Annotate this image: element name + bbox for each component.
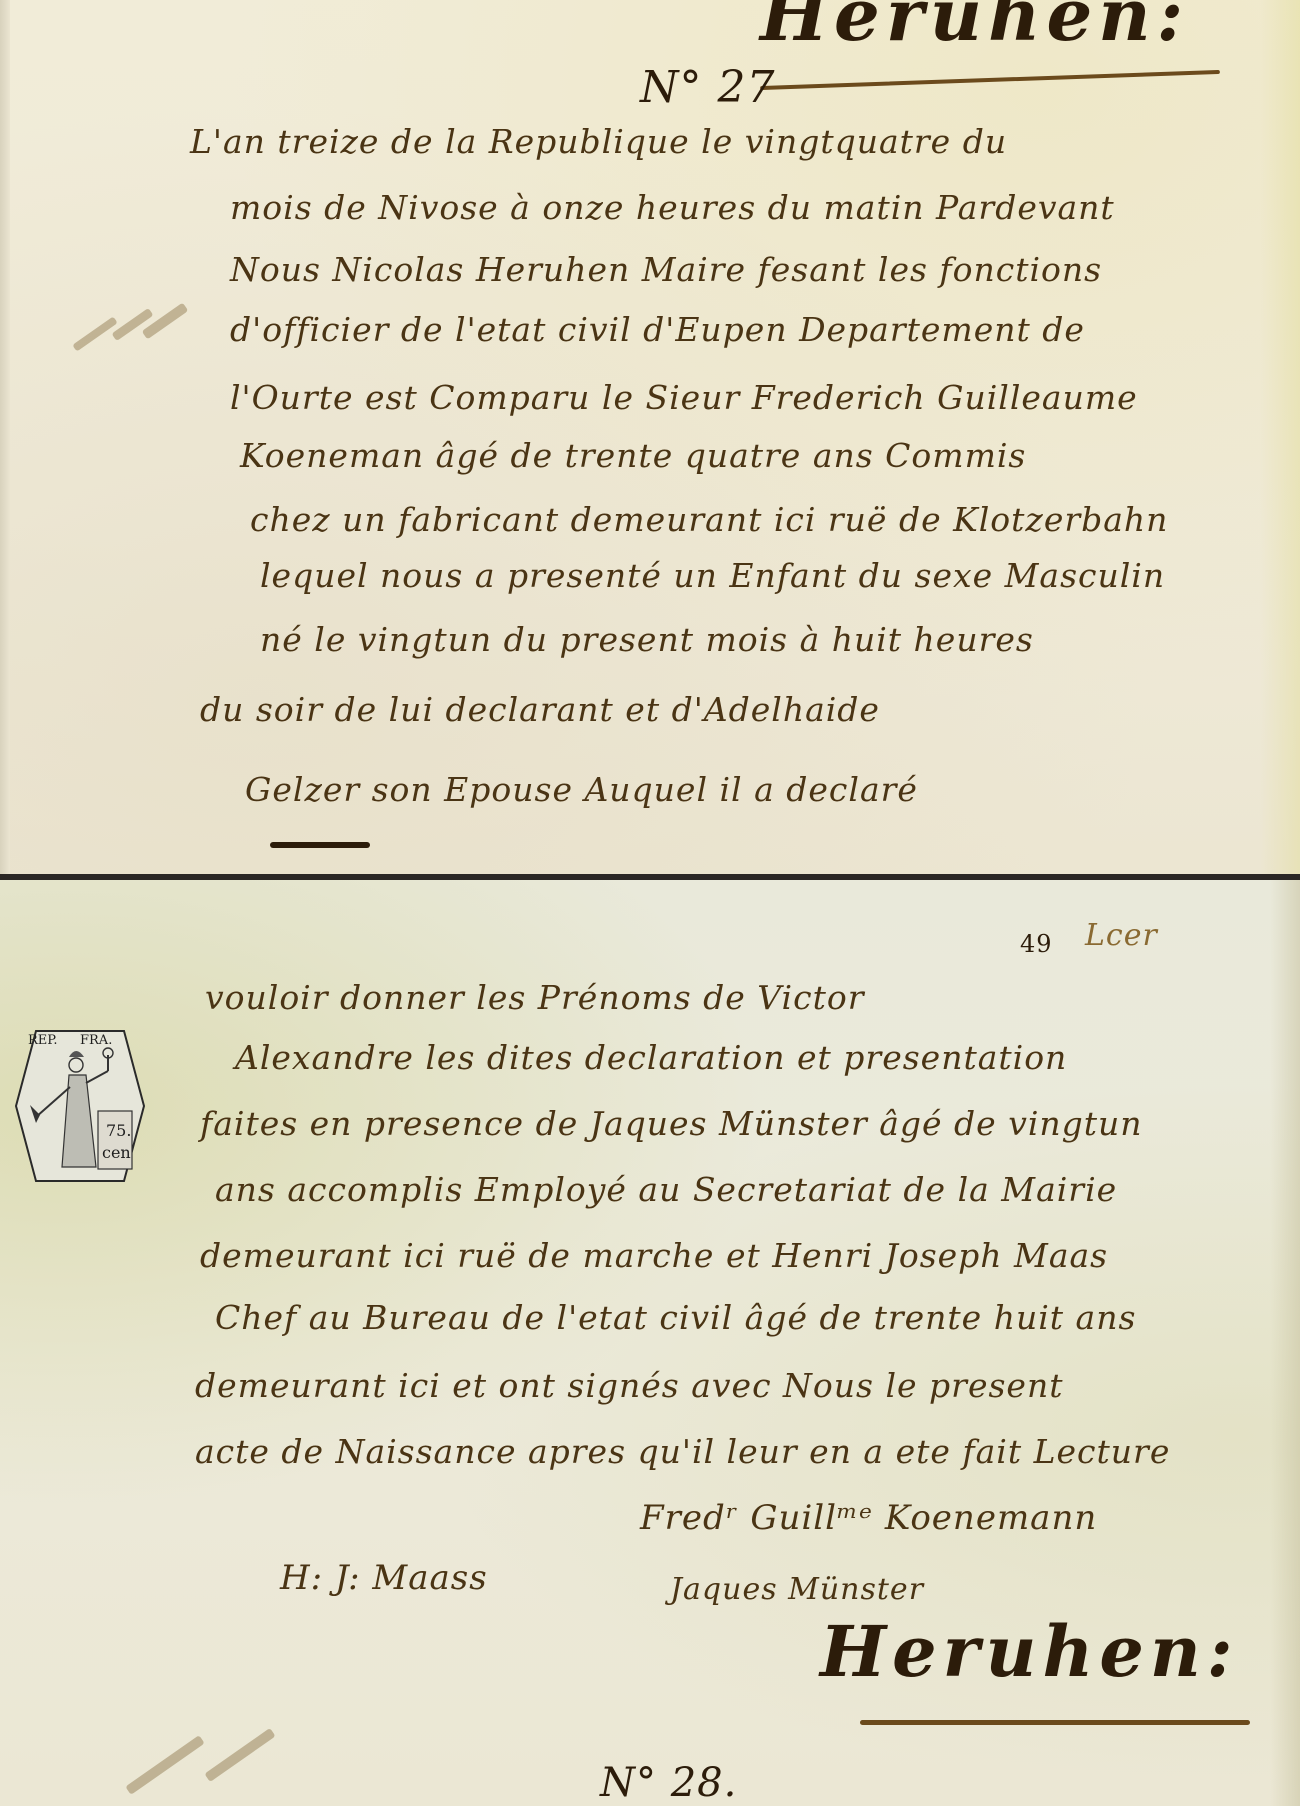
text-line-8: lequel nous a presenté un Enfant du sexe…	[260, 556, 1165, 595]
next-entry-number: N° 28.	[600, 1760, 737, 1806]
flourish-stroke	[270, 842, 370, 848]
page-scan-bottom: 49 Lcer vouloir donner les Prénoms de Vi…	[0, 880, 1300, 1806]
ink-smudge	[125, 1735, 204, 1795]
text-line-7: chez un fabricant demeurant ici ruë de K…	[250, 500, 1168, 539]
bleed-through-text	[60, 120, 68, 150]
text-line-13: Alexandre les dites declaration et prese…	[235, 1038, 1067, 1077]
text-line-14: faites en presence de Jaques Münster âgé…	[200, 1104, 1143, 1143]
revenue-stamp: REP. FRA. 75. cen	[14, 1027, 146, 1185]
text-line-16: demeurant ici ruë de marche et Henri Jos…	[200, 1236, 1108, 1275]
text-line-1: L'an treize de la Republique le vingtqua…	[190, 122, 1007, 161]
text-line-12: vouloir donner les Prénoms de Victor	[205, 978, 865, 1017]
margin-note: Lcer	[1085, 918, 1158, 953]
text-line-18: demeurant ici et ont signés avec Nous le…	[195, 1366, 1063, 1405]
stamp-value: 75.	[106, 1121, 131, 1140]
text-line-4: d'officier de l'etat civil d'Eupen Depar…	[230, 310, 1085, 349]
stamp-rep: REP.	[28, 1033, 58, 1048]
signature-witness-munster: Jaques Münster	[670, 1572, 924, 1607]
stamp-fra: FRA.	[80, 1033, 112, 1048]
text-line-19: acte de Naissance apres qu'il leur en a …	[195, 1432, 1170, 1471]
text-line-15: ans accomplis Employé au Secretariat de …	[215, 1170, 1117, 1209]
text-line-6: Koeneman âgé de trente quatre ans Commis	[240, 436, 1026, 475]
stamp-unit: cen	[102, 1143, 131, 1162]
text-line-11: Gelzer son Epouse Auquel il a declaré	[245, 770, 918, 809]
text-line-17: Chef au Bureau de l'etat civil âgé de tr…	[215, 1298, 1136, 1337]
text-line-5: l'Ourte est Comparu le Sieur Frederich G…	[230, 378, 1138, 417]
text-line-9: né le vingtun du present mois à huit heu…	[260, 620, 1034, 659]
text-line-2: mois de Nivose à onze heures du matin Pa…	[230, 188, 1115, 227]
page-scan-top: Heruhen: N° 27 L'an treize de la Republi…	[0, 0, 1300, 874]
text-line-10: du soir de lui declarant et d'Adelhaide	[200, 690, 880, 729]
entry-number: N° 27	[640, 62, 775, 113]
signature-witness-maass: H: J: Maass	[280, 1558, 488, 1598]
ink-smudge	[204, 1728, 275, 1782]
mayor-signature-top: Heruhen:	[760, 0, 1189, 57]
folio-number: 49	[1020, 930, 1053, 958]
signature-father: Fredʳ Guillᵐᵉ Koenemann	[640, 1498, 1097, 1538]
ink-smudge	[72, 316, 118, 351]
mayor-signature-bottom: Heruhen:	[820, 1610, 1239, 1693]
signature-underline	[860, 1720, 1250, 1725]
signature-underline	[760, 70, 1220, 90]
text-line-3: Nous Nicolas Heruhen Maire fesant les fo…	[230, 250, 1102, 289]
